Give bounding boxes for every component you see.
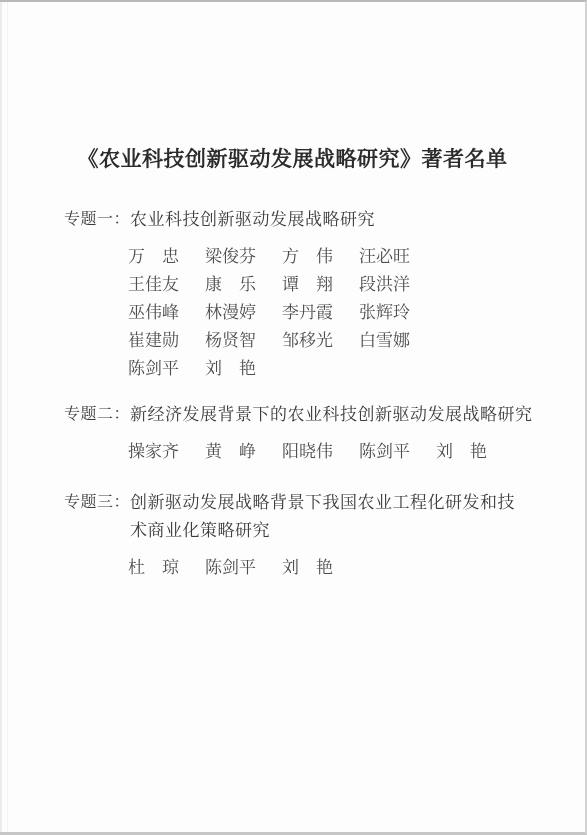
- author-name: 方 伟: [282, 243, 333, 271]
- section-label: 专题二：: [64, 401, 130, 429]
- author-row: 崔建勋 杨贤智 邹移光 白雪娜: [128, 327, 555, 355]
- section-heading: 专题三： 创新驱动发展战略背景下我国农业工程化研发和技 术商业化策略研究: [64, 489, 555, 545]
- author-name: 陈剑平: [128, 355, 179, 383]
- topic-title-line: 创新驱动发展战略背景下我国农业工程化研发和技: [130, 489, 555, 517]
- author-name: 王佳友: [128, 271, 179, 299]
- scanned-document-page: 《农业科技创新驱动发展战略研究》著者名单 专题一： 农业科技创新驱动发展战略研究…: [0, 0, 587, 835]
- author-name: 邹移光: [282, 327, 333, 355]
- author-name: 林漫婷: [205, 299, 256, 327]
- section-topic-1: 专题一： 农业科技创新驱动发展战略研究 万 忠 梁俊芬 方 伟 汪必旺 王佳友 …: [64, 206, 555, 383]
- author-name: 刘 艳: [436, 438, 487, 466]
- section-heading: 专题二： 新经济发展背景下的农业科技创新驱动发展战略研究: [64, 401, 555, 429]
- section-heading: 专题一： 农业科技创新驱动发展战略研究: [64, 206, 555, 234]
- author-name: 梁俊芬: [205, 243, 256, 271]
- author-name: 杨贤智: [205, 327, 256, 355]
- topic-title: 农业科技创新驱动发展战略研究: [130, 206, 555, 234]
- document-title: 《农业科技创新驱动发展战略研究》著者名单: [0, 143, 585, 173]
- author-name: 白雪娜: [359, 327, 410, 355]
- author-row: 巫伟峰 林漫婷 李丹霞 张辉玲: [128, 299, 555, 327]
- topic-title-line: 农业科技创新驱动发展战略研究: [130, 206, 555, 234]
- author-name: 陈剑平: [359, 438, 410, 466]
- author-name: 陈剑平: [205, 554, 256, 582]
- author-list: 万 忠 梁俊芬 方 伟 汪必旺 王佳友 康 乐 谭 翔 段洪洋 巫伟峰 林漫婷 …: [128, 243, 555, 383]
- author-name: 万 忠: [128, 243, 179, 271]
- author-list: 操家齐 黄 峥 阳晓伟 陈剑平 刘 艳: [128, 438, 555, 466]
- topic-title-line: 新经济发展背景下的农业科技创新驱动发展战略研究: [130, 401, 555, 429]
- author-row: 王佳友 康 乐 谭 翔 段洪洋: [128, 271, 555, 299]
- author-row: 万 忠 梁俊芬 方 伟 汪必旺: [128, 243, 555, 271]
- page-scan-edge-left: [0, 2, 2, 832]
- author-row: 杜 琼 陈剑平 刘 艳: [128, 554, 555, 582]
- author-name: 阳晓伟: [282, 438, 333, 466]
- author-row: 操家齐 黄 峥 阳晓伟 陈剑平 刘 艳: [128, 438, 555, 466]
- author-list: 杜 琼 陈剑平 刘 艳: [128, 554, 555, 582]
- author-name: 黄 峥: [205, 438, 256, 466]
- author-name: 李丹霞: [282, 299, 333, 327]
- section-label: 专题三：: [64, 489, 130, 517]
- author-name: 张辉玲: [359, 299, 410, 327]
- author-name: 康 乐: [205, 271, 256, 299]
- author-name: 杜 琼: [128, 554, 179, 582]
- author-name: 谭 翔: [282, 271, 333, 299]
- author-name: 段洪洋: [359, 271, 410, 299]
- author-name: 刘 艳: [282, 554, 333, 582]
- section-topic-2: 专题二： 新经济发展背景下的农业科技创新驱动发展战略研究 操家齐 黄 峥 阳晓伟…: [64, 401, 555, 466]
- author-name: 崔建勋: [128, 327, 179, 355]
- section-topic-3: 专题三： 创新驱动发展战略背景下我国农业工程化研发和技 术商业化策略研究 杜 琼…: [64, 489, 555, 582]
- author-name: 巫伟峰: [128, 299, 179, 327]
- topic-title: 新经济发展背景下的农业科技创新驱动发展战略研究: [130, 401, 555, 429]
- author-name: 操家齐: [128, 438, 179, 466]
- author-name: 刘 艳: [205, 355, 256, 383]
- topic-title: 创新驱动发展战略背景下我国农业工程化研发和技 术商业化策略研究: [130, 489, 555, 545]
- author-name: 汪必旺: [359, 243, 410, 271]
- topic-title-line2: 术商业化策略研究: [130, 517, 555, 545]
- author-row: 陈剑平 刘 艳: [128, 355, 555, 383]
- section-label: 专题一：: [64, 206, 130, 234]
- page-scan-edge-left-inner: [7, 2, 8, 832]
